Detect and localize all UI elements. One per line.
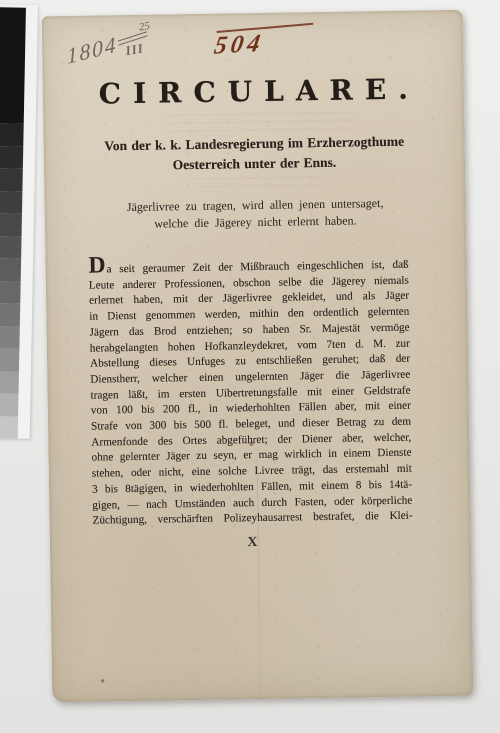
grayscale-step (0, 303, 20, 326)
document-title: CIRCULARE. (43, 72, 464, 112)
grayscale-step (0, 7, 26, 124)
grayscale-step (0, 168, 23, 191)
grayscale-step (0, 145, 23, 168)
grayscale-step (0, 280, 21, 303)
archival-fraction-annotation: 25 III (115, 21, 151, 61)
fraction-denominator: III (124, 40, 145, 59)
grayscale-step (0, 235, 22, 258)
grayscale-step (0, 370, 19, 393)
grayscale-step (0, 393, 19, 416)
grayscale-step (0, 190, 22, 213)
ink-number-annotation: 504 (213, 20, 264, 60)
grayscale-step (0, 213, 22, 236)
grayscale-step (0, 348, 19, 371)
grayscale-strip-steps (0, 7, 26, 439)
body-paragraph: Da seit geraumer Zeit der Mißbrauch eing… (88, 252, 412, 530)
decree-heading: Jägerlivree zu tragen, wird allen jenen … (45, 194, 466, 234)
signature-mark: X (93, 533, 413, 554)
ink-number-digits: 504 (212, 30, 266, 61)
grayscale-step (0, 415, 18, 438)
grayscale-step (0, 325, 20, 348)
archival-photo-scene: 1804 25 III 504 CIRCULARE. Von der k. k.… (0, 0, 500, 733)
document-page: 1804 25 III 504 CIRCULARE. Von der k. k.… (42, 10, 474, 703)
ink-showthrough (163, 109, 353, 132)
pencil-year-annotation: 1804 (66, 31, 118, 70)
issuing-authority-subtitle: Von der k. k. Landesregierung im Erzherz… (44, 131, 466, 177)
grayscale-step (0, 123, 24, 146)
grayscale-calibration-card (0, 4, 38, 439)
grayscale-step (0, 258, 21, 281)
